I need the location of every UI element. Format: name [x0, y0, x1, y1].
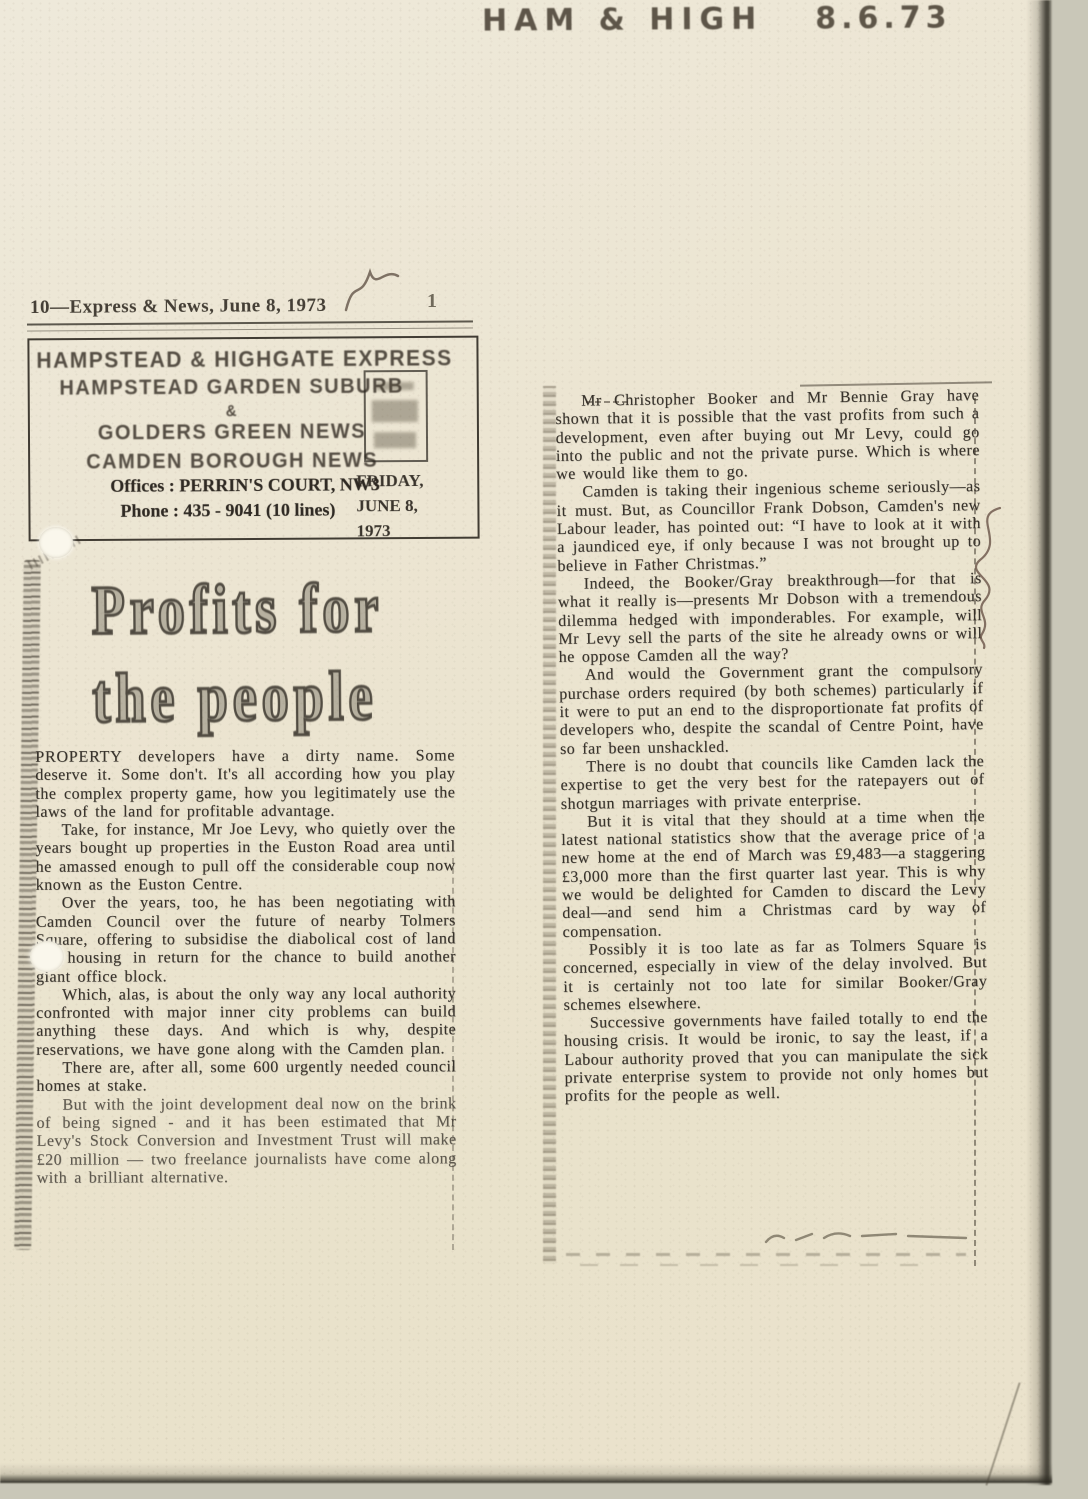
clipping-bottom-tear — [580, 1264, 940, 1266]
annotation-date: 8.6.73 — [815, 0, 952, 36]
scan-edge-shadow-bottom — [0, 1463, 1052, 1483]
article-paragraph: Successive governments have failed total… — [564, 1009, 989, 1106]
article-paragraph: Indeed, the Booker/Gray breakthrough—for… — [558, 570, 983, 667]
headline-line-1: Profits for — [91, 565, 383, 656]
scan-edge-shadow-right — [1026, 0, 1052, 1485]
article-paragraph: PROPERTY developers have a dirty name. S… — [35, 747, 455, 822]
stamp-smudge — [376, 382, 414, 390]
article-paragraph: Camden is taking their ingenious scheme … — [556, 479, 981, 576]
article-paragraph: Possibly it is too late as far as Tolmer… — [563, 936, 988, 1015]
hole-punch — [30, 941, 64, 972]
issue-date: FRIDAY, JUNE 8, 1973 — [356, 468, 456, 544]
article-paragraph: And would the Government grant the compu… — [559, 662, 984, 759]
issue-date-line: JUNE 8, — [356, 493, 456, 519]
article-headline: Profits for the people — [91, 564, 466, 743]
masthead-line: 10—Express & News, June 8, 1973 — [30, 295, 327, 319]
issue-date-line: FRIDAY, — [356, 468, 456, 494]
article-left-column: PROPERTY developers have a dirty name. S… — [35, 747, 457, 1188]
issue-date-line: 1973 — [356, 518, 456, 544]
column-divider-tear — [543, 386, 556, 1264]
phone-line: Phone : 435 - 9041 (10 lines) — [120, 500, 335, 522]
hole-punch — [39, 527, 73, 558]
newspaper-stamp-box: HAMPSTEAD & HIGHGATE EXPRESS HAMPSTEAD G… — [27, 336, 479, 542]
headline-line-2: the people — [92, 653, 384, 744]
article-paragraph: Which, alas, is about the only way any l… — [36, 985, 456, 1060]
clipping-bottom-tear — [566, 1253, 966, 1256]
scanned-newspaper-page: HAM & HIGH8.6.73 10—Express & News, June… — [0, 0, 1088, 1499]
handwritten-annotation: HAM & HIGH8.6.73 — [482, 0, 952, 38]
clipping-fold-dash — [586, 401, 628, 403]
pen-squiggle-icon — [340, 262, 410, 318]
article-right-column: Mr Christopher Booker and Mr Bennie Gray… — [555, 387, 989, 1106]
pen-squiggle-icon — [958, 502, 1018, 652]
article-paragraph: There is no doubt that councils like Cam… — [560, 753, 985, 814]
pen-mark-numeral: 1 — [427, 290, 437, 313]
article-paragraph: But with the joint development deal now … — [36, 1095, 456, 1188]
offices-line: Offices : PERRIN'S COURT, NW3 — [110, 474, 380, 497]
clipping-edge-dashed-mid — [452, 858, 454, 1250]
inner-stamp-box — [364, 370, 429, 462]
article-paragraph: Over the years, too, he has been negotia… — [36, 894, 456, 987]
annotation-text: HAM & HIGH — [482, 2, 763, 39]
article-paragraph: There are, after all, some 600 urgently … — [36, 1058, 456, 1096]
stamp-smudge — [374, 432, 416, 448]
pen-dash-marks — [762, 1224, 972, 1254]
article-paragraph: But it is vital that they should at a ti… — [561, 808, 987, 942]
article-paragraph: Take, for instance, Mr Joe Levy, who qui… — [35, 820, 455, 895]
stamp-smudge — [372, 400, 418, 422]
